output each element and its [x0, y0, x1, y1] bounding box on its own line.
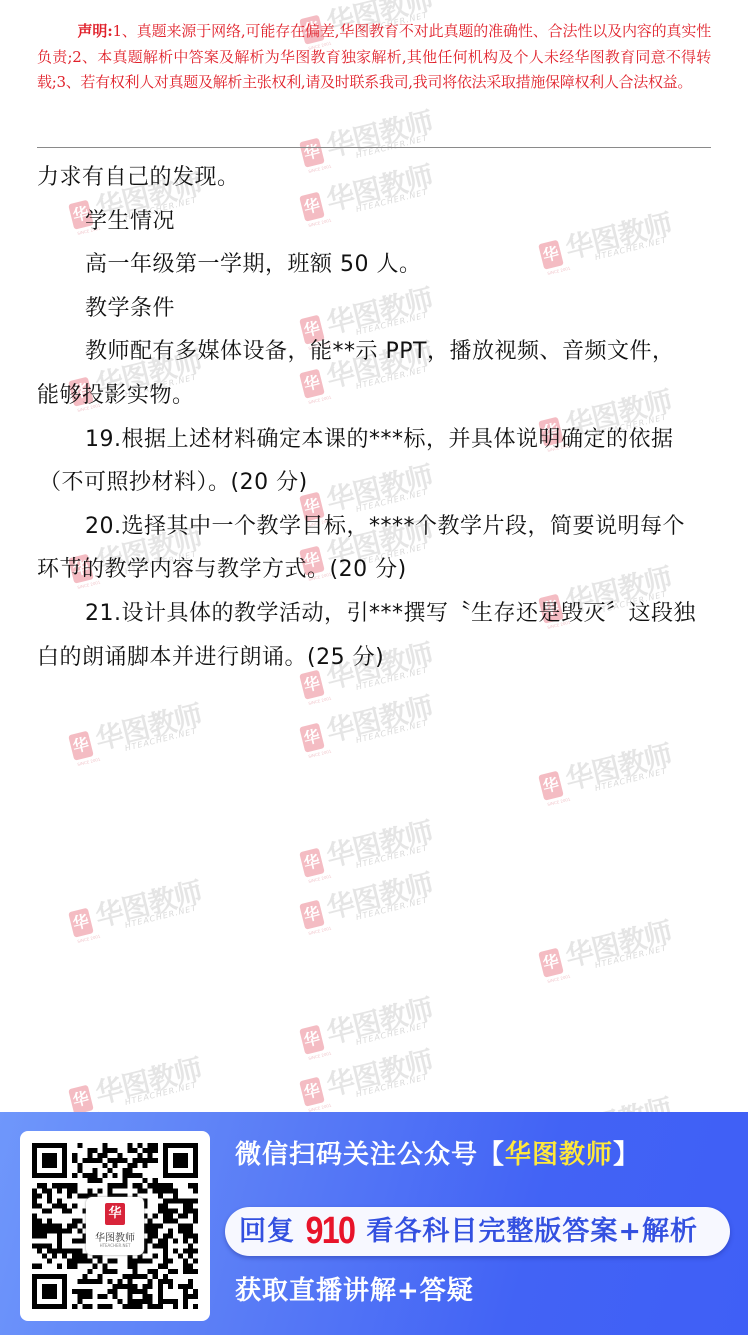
watermark-logo-icon: 华: [68, 908, 94, 938]
watermark-text: 华图教师: [91, 693, 205, 758]
question-20-cont: 环节的教学内容与教学方式。(20 分): [37, 548, 717, 592]
watermark-url: HTEACHER.NET: [355, 895, 429, 922]
reply-keyword-number: 910: [300, 1207, 361, 1256]
watermark-text: 华图教师: [91, 870, 205, 935]
watermark: 华华图教师HTEACHER.NETSINCE 2001: [65, 863, 225, 958]
watermark-since: SINCE 2001: [308, 873, 332, 884]
watermark-url: HTEACHER.NET: [124, 1080, 198, 1107]
watermark-url: HTEACHER.NET: [124, 726, 198, 753]
watermark-text: 华图教师: [322, 862, 436, 927]
watermark-text: 华图教师: [561, 733, 675, 798]
question-21-cont: 白的朗诵脚本并进行朗诵。(25 分): [37, 636, 717, 680]
section-heading-conditions: 教学条件: [37, 287, 717, 331]
watermark-logo-icon: 华: [68, 1085, 94, 1115]
watermark: 华华图教师HTEACHER.NETSINCE 2001: [296, 855, 456, 950]
follow-wechat-text: 微信扫码关注公众号【华图教师】: [235, 1134, 640, 1171]
watermark-since: SINCE 2001: [547, 796, 571, 807]
watermark-text: 华图教师: [322, 810, 436, 875]
question-19-cont: （不可照抄材料）。(20 分): [37, 461, 717, 505]
watermark-text: 华图教师: [322, 987, 436, 1052]
qr-code-card[interactable]: 华 华图教师 HTEACHER.NET: [20, 1131, 210, 1321]
text-line: 高一年级第一学期，班额 50 人。: [37, 243, 717, 287]
watermark-text: 华图教师: [322, 685, 436, 750]
watermark-since: SINCE 2001: [77, 756, 101, 767]
watermark-logo-icon: 华: [299, 1025, 325, 1055]
watermark-text: 华图教师: [91, 1047, 205, 1112]
reply-prefix: 回复: [239, 1216, 295, 1247]
text-line: 力求有自己的发现。: [37, 156, 717, 200]
watermark-text: 华图教师: [561, 910, 675, 975]
reply-instruction: 回复910看各科目完整版答案+解析: [239, 1207, 698, 1256]
watermark-logo-icon: 华: [538, 771, 564, 801]
watermark: 华华图教师HTEACHER.NETSINCE 2001: [296, 678, 456, 773]
disclaimer-text: 1、真题来源于网络,可能存在偏差,华图教育不对此真题的准确性、合法性以及内容的真…: [37, 22, 711, 91]
watermark-url: HTEACHER.NET: [355, 1020, 429, 1047]
divider-line: [37, 147, 711, 148]
watermark-since: SINCE 2001: [308, 925, 332, 936]
qr-brand-sub: HTEACHER.NET: [88, 1243, 142, 1248]
watermark-url: HTEACHER.NET: [594, 766, 668, 793]
watermark-url: HTEACHER.NET: [594, 943, 668, 970]
qr-center-logo: 华 华图教师 HTEACHER.NET: [86, 1197, 144, 1255]
watermark-logo-icon: 华: [68, 731, 94, 761]
watermark-url: HTEACHER.NET: [355, 1072, 429, 1099]
watermark: 华华图教师HTEACHER.NETSINCE 2001: [535, 903, 695, 998]
reply-suffix: 看各科目完整版答案+解析: [366, 1216, 698, 1247]
watermark-url: HTEACHER.NET: [124, 903, 198, 930]
brand-logo-icon: 华: [105, 1203, 125, 1225]
watermark-logo-icon: 华: [299, 1077, 325, 1107]
watermark: 华华图教师HTEACHER.NETSINCE 2001: [296, 980, 456, 1075]
exam-content: 力求有自己的发现。 学生情况 高一年级第一学期，班额 50 人。 教学条件 教师…: [37, 156, 717, 679]
watermark-since: SINCE 2001: [308, 748, 332, 759]
qr-brand-label: 华图教师: [88, 1229, 142, 1244]
watermark-since: SINCE 2001: [77, 933, 101, 944]
watermark-text: 华图教师: [322, 1039, 436, 1104]
watermark-since: SINCE 2001: [308, 1050, 332, 1061]
promo-banner: 华 华图教师 HTEACHER.NET 微信扫码关注公众号【华图教师】 回复91…: [0, 1112, 748, 1335]
watermark-logo-icon: 华: [299, 900, 325, 930]
watermark-logo-icon: 华: [538, 948, 564, 978]
watermark-url: HTEACHER.NET: [355, 843, 429, 870]
watermark-since: SINCE 2001: [547, 973, 571, 984]
watermark: 华华图教师HTEACHER.NETSINCE 2001: [65, 686, 225, 781]
follow-prefix: 微信扫码关注公众号【: [235, 1140, 505, 1170]
live-explanation-text: 获取直播讲解+答疑: [235, 1270, 474, 1307]
watermark-logo-icon: 华: [299, 723, 325, 753]
watermark-logo-icon: 华: [299, 848, 325, 878]
watermark: 华华图教师HTEACHER.NETSINCE 2001: [296, 803, 456, 898]
brand-name: 华图教师: [505, 1140, 613, 1170]
text-line: 能够投影实物。: [37, 374, 717, 418]
section-heading-student: 学生情况: [37, 200, 717, 244]
follow-suffix: 】: [613, 1140, 640, 1170]
question-21: 21.设计具体的教学活动，引***撰写〝生存还是毁灭〞这段独: [37, 592, 717, 636]
document-page: 华华图教师HTEACHER.NETSINCE 2001华华图教师HTEACHER…: [0, 0, 748, 1335]
reply-keyword-pill: 回复910看各科目完整版答案+解析: [225, 1207, 730, 1256]
question-19: 19.根据上述材料确定本课的***标，并具体说明确定的依据: [37, 418, 717, 462]
watermark-url: HTEACHER.NET: [355, 718, 429, 745]
copyright-disclaimer: 声明:1、真题来源于网络,可能存在偏差,华图教育不对此真题的准确性、合法性以及内…: [37, 19, 711, 96]
disclaimer-lead: 声明:: [78, 22, 113, 40]
watermark-since: SINCE 2001: [308, 695, 332, 706]
watermark: 华华图教师HTEACHER.NETSINCE 2001: [535, 726, 695, 821]
text-line: 教师配有多媒体设备，能**示 PPT，播放视频、音频文件，: [37, 330, 717, 374]
question-20: 20.选择其中一个教学目标，****个教学片段，简要说明每个: [37, 505, 717, 549]
